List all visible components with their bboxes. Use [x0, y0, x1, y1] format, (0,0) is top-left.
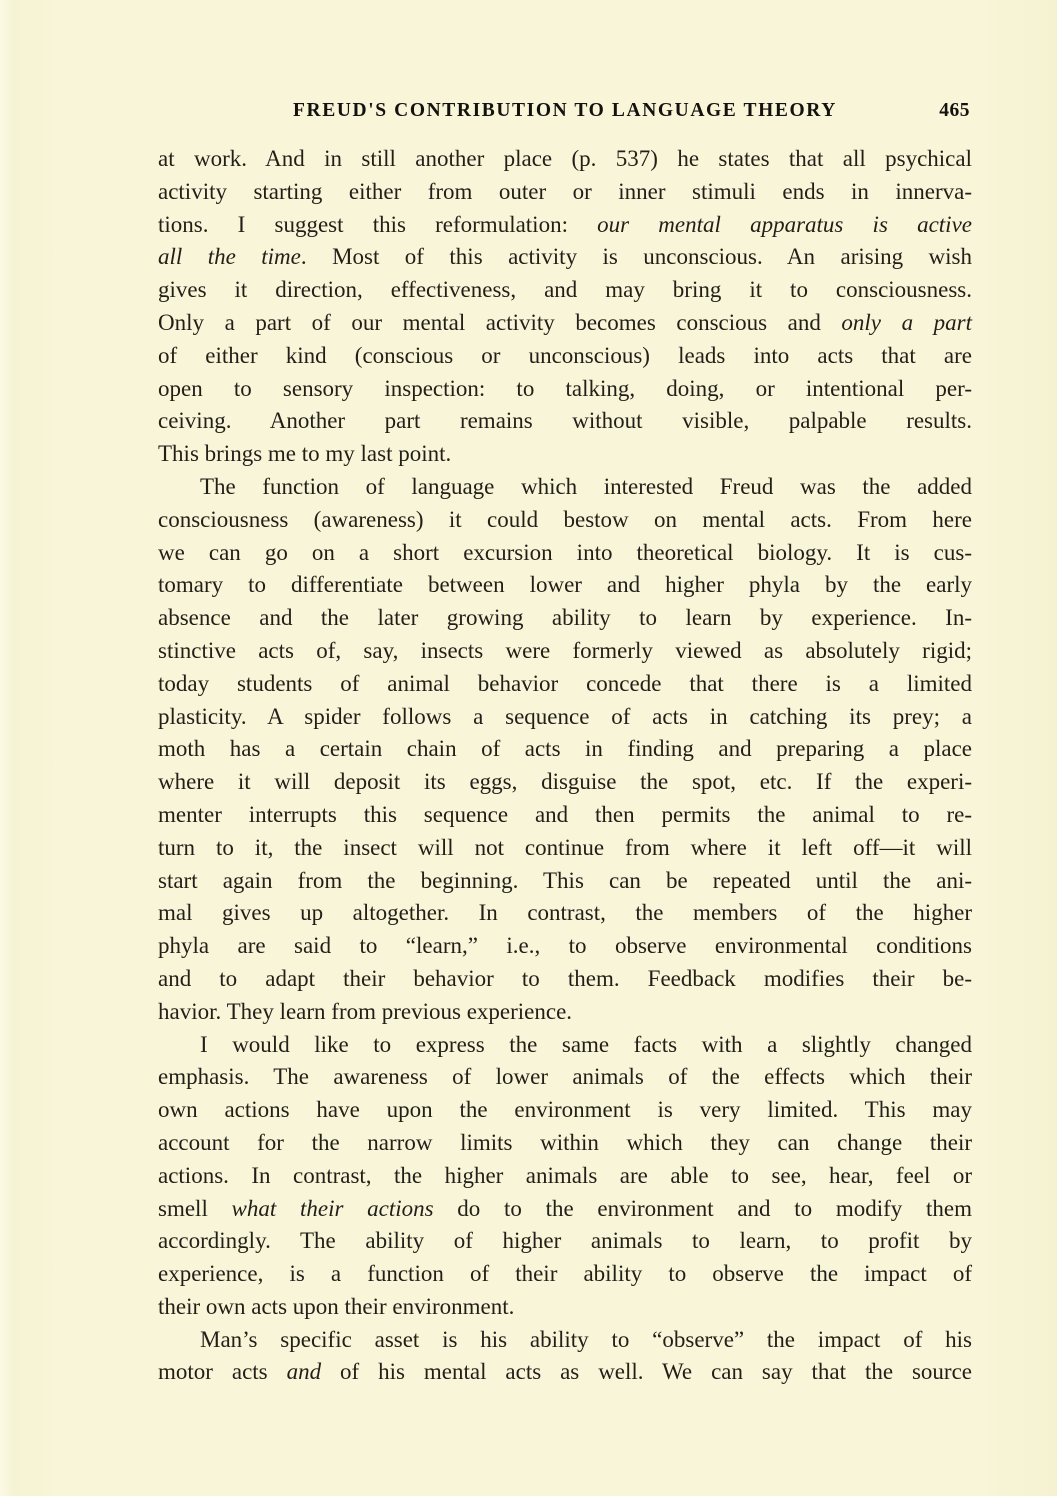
book-page-scan: FREUD'S CONTRIBUTION TO LANGUAGE THEORY …: [158, 0, 972, 1389]
text-block: at work. And in still another place (p. …: [158, 143, 972, 1389]
text-line: account for the narrow limits within whi…: [158, 1127, 972, 1160]
text-line: we can go on a short excursion into theo…: [158, 537, 972, 570]
page-header-title: FREUD'S CONTRIBUTION TO LANGUAGE THEORY: [158, 100, 972, 122]
text-line: at work. And in still another place (p. …: [158, 143, 972, 176]
paragraph: at work. And in still another place (p. …: [158, 143, 972, 471]
text-line: all the time. Most of this activity is u…: [158, 241, 972, 274]
text-line: stinctive acts of, say, insects were for…: [158, 635, 972, 668]
text-line: Man’s specific asset is his ability to “…: [158, 1324, 972, 1357]
text-line: Only a part of our mental activity becom…: [158, 307, 972, 340]
text-line: havior. They learn from previous experie…: [158, 996, 972, 1029]
text-line: absence and the later growing ability to…: [158, 602, 972, 635]
text-line: ceiving. Another part remains without vi…: [158, 405, 972, 438]
text-line: tions. I suggest this reformulation: our…: [158, 209, 972, 242]
text-line: experience, is a function of their abili…: [158, 1258, 972, 1291]
text-line: gives it direction, effectiveness, and m…: [158, 274, 972, 307]
text-line: of either kind (conscious or unconscious…: [158, 340, 972, 373]
text-line: The function of language which intereste…: [158, 471, 972, 504]
text-line: turn to it, the insect will not continue…: [158, 832, 972, 865]
text-line: mal gives up altogether. In contrast, th…: [158, 897, 972, 930]
text-line: actions. In contrast, the higher animals…: [158, 1160, 972, 1193]
text-line: where it will deposit its eggs, disguise…: [158, 766, 972, 799]
text-line: plasticity. A spider follows a sequence …: [158, 701, 972, 734]
text-line: consciousness (awareness) it could besto…: [158, 504, 972, 537]
text-line: tomary to differentiate between lower an…: [158, 569, 972, 602]
text-line: open to sensory inspection: to talking, …: [158, 373, 972, 406]
running-head: FREUD'S CONTRIBUTION TO LANGUAGE THEORY …: [158, 100, 972, 128]
text-line: phyla are said to “learn,” i.e., to obse…: [158, 930, 972, 963]
text-line: and to adapt their behavior to them. Fee…: [158, 963, 972, 996]
text-line: smell what their actions do to the envir…: [158, 1193, 972, 1226]
text-line: start again from the beginning. This can…: [158, 865, 972, 898]
text-line: motor acts and of his mental acts as wel…: [158, 1356, 972, 1389]
text-line: their own acts upon their environment.: [158, 1291, 972, 1324]
paragraph: The function of language which intereste…: [158, 471, 972, 1029]
text-line: I would like to express the same facts w…: [158, 1029, 972, 1062]
text-line: menter interrupts this sequence and then…: [158, 799, 972, 832]
text-line: own actions have upon the environment is…: [158, 1094, 972, 1127]
text-line: This brings me to my last point.: [158, 438, 972, 471]
text-line: moth has a certain chain of acts in find…: [158, 733, 972, 766]
text-line: today students of animal behavior conced…: [158, 668, 972, 701]
paragraph: Man’s specific asset is his ability to “…: [158, 1324, 972, 1390]
page-number: 465: [939, 100, 970, 122]
text-line: emphasis. The awareness of lower animals…: [158, 1061, 972, 1094]
paragraph: I would like to express the same facts w…: [158, 1029, 972, 1324]
text-line: activity starting either from outer or i…: [158, 176, 972, 209]
text-line: accordingly. The ability of higher anima…: [158, 1225, 972, 1258]
